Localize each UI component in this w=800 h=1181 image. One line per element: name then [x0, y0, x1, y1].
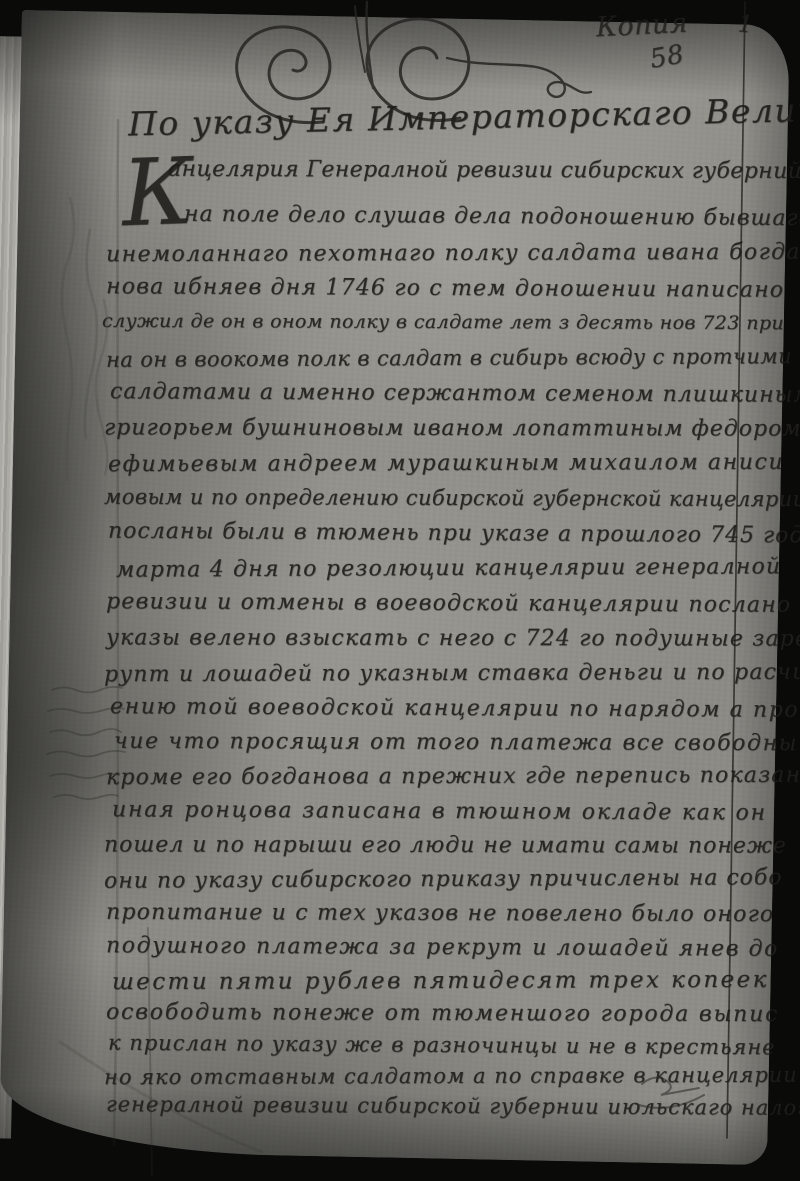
text-line: посланы были в тюмень при указе а прошло…	[108, 519, 800, 549]
text-line: мовым и по определению сибирской губернс…	[104, 485, 800, 511]
text-line: на он в воокомв полк в салдат в сибирь в…	[106, 344, 792, 372]
text-line: на поле дело слушав дела подоношению быв…	[184, 202, 800, 231]
text-line: инемоланнаго пехотнаго полку салдата ива…	[106, 240, 800, 267]
text-line: служил де он в оном полку в салдате лет …	[102, 310, 784, 334]
page-number: 1	[737, 11, 754, 38]
text-line: пропитание и с тех указов не повелено бы…	[106, 900, 774, 927]
text-line: кроме его богданова а прежних где перепи…	[106, 763, 800, 790]
text-line: нова ибняев дня 1746 го с тем доношении …	[106, 274, 784, 303]
text-line: григорьем бушниновым иваном лопаттиным ф…	[104, 415, 800, 441]
text-line: салдатами а именно сержантом семеном пли…	[110, 379, 800, 408]
doc-number: 58	[648, 39, 687, 74]
text-line: подушного платежа за рекрут и лошадей ян…	[106, 933, 779, 962]
text-line: анцелярия Генералной ревизии сибирских г…	[168, 157, 800, 184]
text-line: ревизии и отмены в воеводской канцелярии…	[106, 589, 791, 618]
text-line: чие что просящия от того платежа все сво…	[114, 729, 798, 756]
text-line: ению той воеводской канцелярии по нарядо…	[110, 694, 799, 723]
text-line: марта 4 дня по резолюции канцелярии гене…	[116, 554, 781, 582]
text-line: иная ронцова записана в тюшном окладе ка…	[112, 797, 767, 825]
text-line: освободить понеже от тюменшого города вы…	[106, 1000, 779, 1027]
text-line: ефимьевым андреем мурашкиным михаилом ан…	[108, 450, 784, 477]
copy-label: Копия	[595, 8, 688, 44]
text-line: но яко отставным салдатом а по справке в…	[104, 1063, 798, 1089]
text-line: указы велено взыскать с него с 724 го по…	[106, 625, 800, 651]
text-line: к прислан по указу же в разночинцы и не …	[108, 1031, 776, 1060]
text-line: рупт и лошадей по указным ставка деньги …	[104, 660, 800, 688]
text-line: шести пяти рублев пятидесят трех копеек	[112, 967, 769, 995]
text-line: они по указу сибирского приказу причисле…	[104, 865, 783, 894]
manuscript-photo: Копия 58 1 По указу Ея Императорскаго Ве…	[0, 0, 800, 1181]
text-line: генералной ревизии сибирской губернии ию…	[106, 1092, 800, 1120]
text-line: пошел и по нарыши его люди не имати самы…	[104, 832, 787, 858]
